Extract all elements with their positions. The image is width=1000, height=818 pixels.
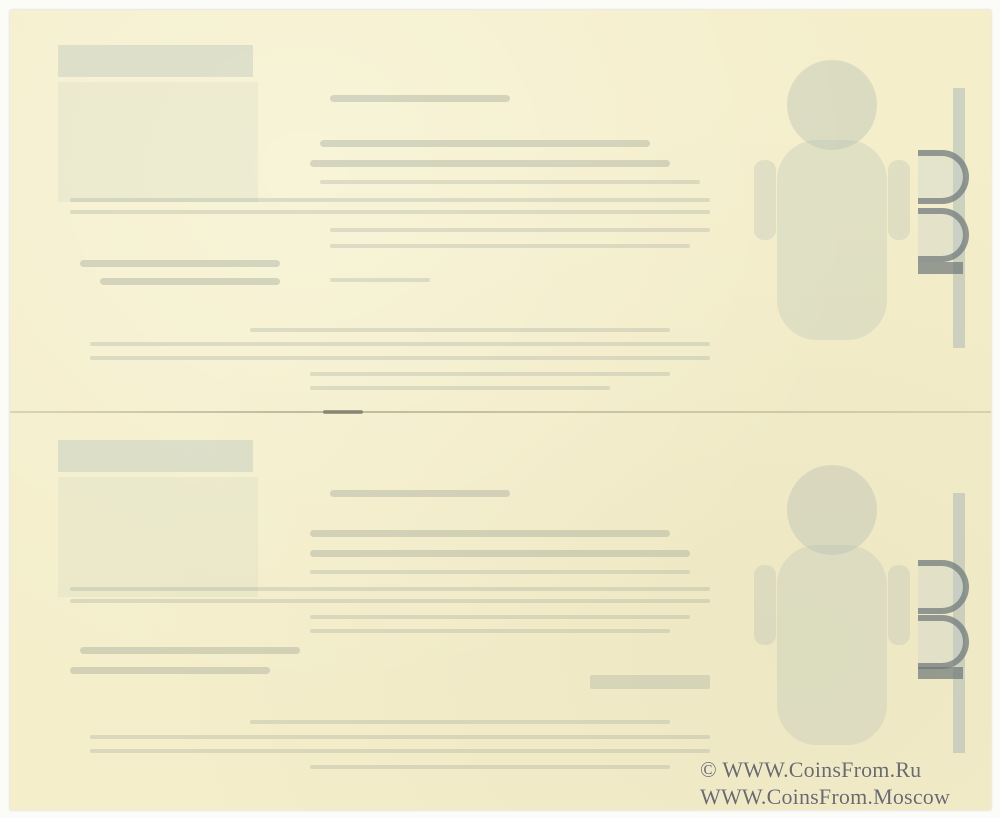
text-line bbox=[310, 372, 670, 376]
watermark-line-2: WWW.CoinsFrom.Moscow bbox=[700, 783, 950, 810]
ornament bbox=[888, 160, 910, 240]
denomination-100-mirrored bbox=[913, 455, 967, 785]
text-line bbox=[250, 720, 670, 724]
digit-one bbox=[918, 667, 963, 679]
top-certificate bbox=[10, 10, 991, 400]
bottom-certificate bbox=[10, 415, 991, 805]
text-line bbox=[90, 356, 710, 360]
denomination-100-mirrored bbox=[913, 50, 967, 380]
text-line bbox=[250, 328, 670, 332]
text-line bbox=[310, 629, 670, 633]
scanned-paper-sheet bbox=[10, 10, 991, 810]
text-line bbox=[70, 599, 710, 603]
crest-vignette bbox=[762, 50, 902, 380]
crest-vignette bbox=[762, 455, 902, 785]
stamp-area bbox=[58, 477, 258, 597]
watermark: © WWW.CoinsFrom.Ru WWW.CoinsFrom.Moscow bbox=[700, 756, 950, 810]
digit-one bbox=[918, 262, 963, 274]
text-line bbox=[310, 386, 610, 390]
ornament bbox=[777, 545, 887, 745]
text-line bbox=[90, 735, 710, 739]
text-line bbox=[90, 749, 710, 753]
text-line bbox=[310, 570, 690, 574]
ornament bbox=[754, 160, 776, 240]
text-line bbox=[310, 615, 690, 619]
text-line bbox=[320, 140, 650, 147]
ornament bbox=[777, 140, 887, 340]
text-line bbox=[70, 210, 710, 214]
stamp-area bbox=[58, 82, 258, 202]
text-line bbox=[310, 160, 670, 167]
serial-box bbox=[58, 45, 253, 77]
signature bbox=[70, 667, 270, 674]
text-line bbox=[330, 228, 710, 232]
fold-line bbox=[10, 411, 991, 413]
eagle-crest-icon bbox=[787, 60, 877, 150]
text-line bbox=[70, 587, 710, 591]
text-line bbox=[330, 278, 430, 282]
text-line bbox=[70, 198, 710, 202]
stamp-block bbox=[590, 675, 710, 689]
text-line bbox=[330, 244, 690, 248]
text-line bbox=[310, 765, 670, 769]
serial-box bbox=[58, 440, 253, 472]
ornament bbox=[888, 565, 910, 645]
signature bbox=[80, 260, 280, 267]
text-line bbox=[90, 342, 710, 346]
text-line bbox=[310, 550, 690, 557]
eagle-crest-icon bbox=[787, 465, 877, 555]
signature bbox=[100, 278, 280, 285]
watermark-line-1: © WWW.CoinsFrom.Ru bbox=[700, 756, 950, 783]
fold-mark bbox=[323, 410, 363, 414]
text-line bbox=[310, 530, 670, 537]
text-line bbox=[320, 180, 700, 184]
signature bbox=[80, 647, 300, 654]
text-line bbox=[330, 490, 510, 497]
ornament bbox=[754, 565, 776, 645]
text-line bbox=[330, 95, 510, 102]
